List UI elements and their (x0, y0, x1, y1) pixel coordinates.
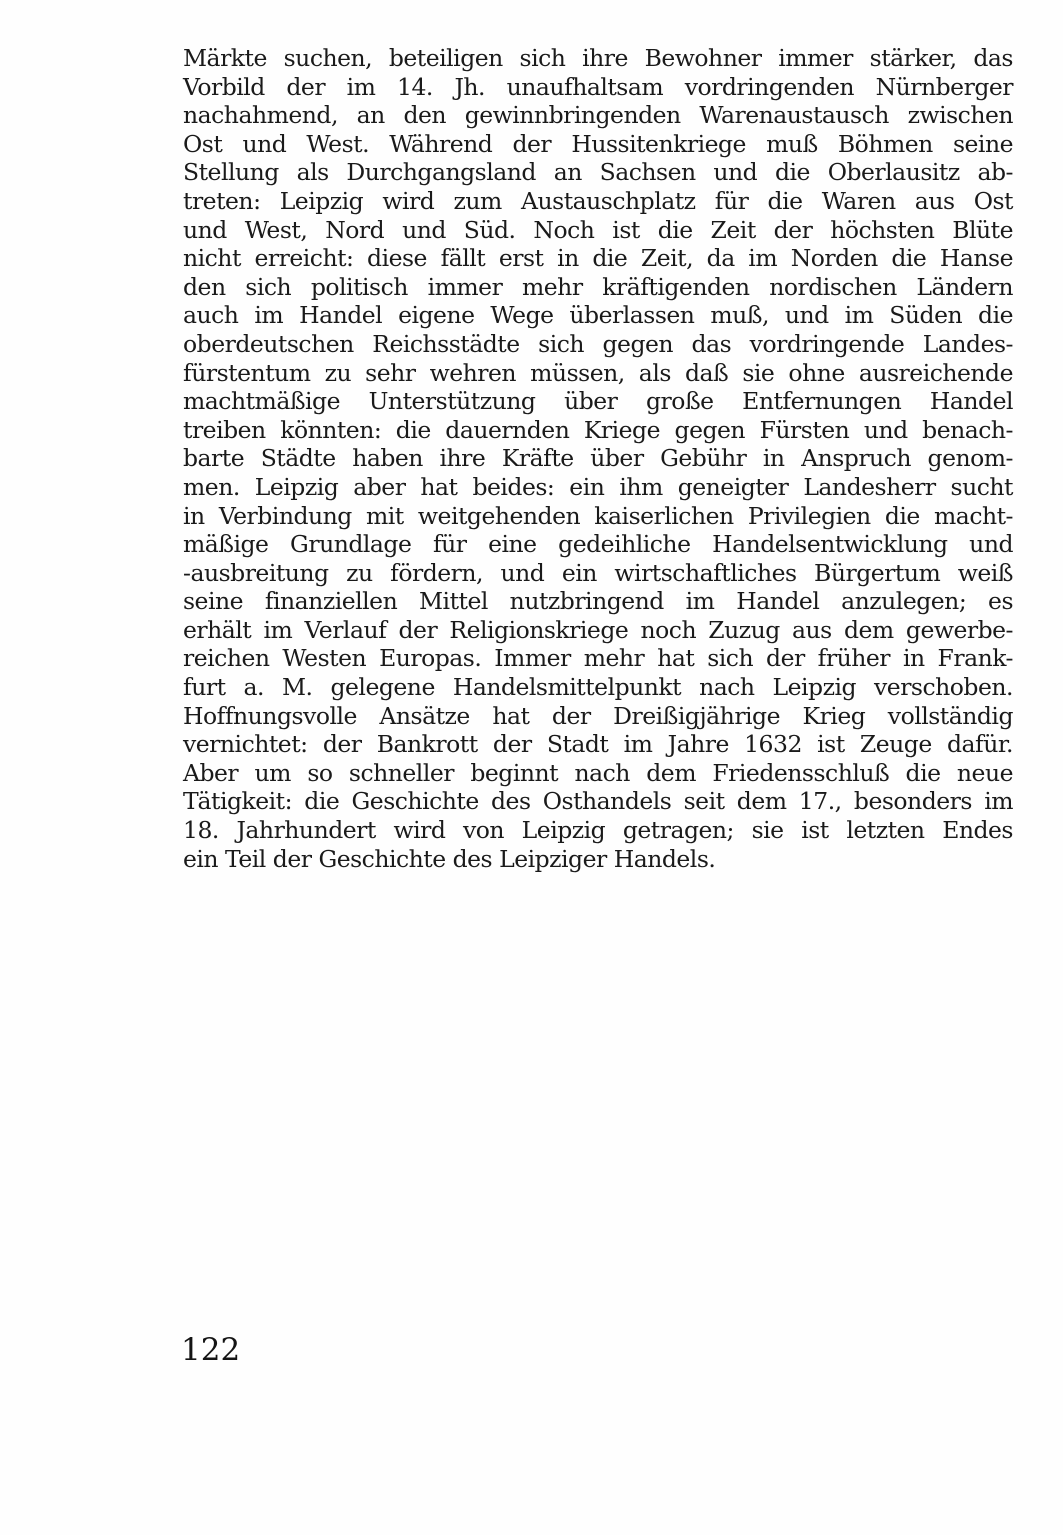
text-line: 18. Jahrhundert wird von Leipzig getrage… (183, 816, 1013, 845)
text-line: und West, Nord und Süd. Noch ist die Zei… (183, 216, 1013, 245)
text-line: reichen Westen Europas. Immer mehr hat s… (183, 644, 1013, 673)
text-line: treiben könnten: die dauernden Kriege ge… (183, 416, 1013, 445)
body-paragraph: Märkte suchen, beteiligen sich ihre Bewo… (183, 44, 1013, 873)
text-line: nachahmend, an den gewinnbringenden Ware… (183, 101, 1013, 130)
text-line: vernichtet: der Bankrott der Stadt im Ja… (183, 730, 1013, 759)
text-line: Vorbild der im 14. Jh. unaufhaltsam vord… (183, 73, 1013, 102)
text-line: den sich politisch immer mehr kräftigend… (183, 273, 1013, 302)
text-line: seine finanziellen Mittel nutzbringend i… (183, 587, 1013, 616)
text-line: Stellung als Durchgangsland an Sachsen u… (183, 158, 1013, 187)
text-line: fürstentum zu sehr wehren müssen, als da… (183, 359, 1013, 388)
text-line: erhält im Verlauf der Religionskriege no… (183, 616, 1013, 645)
text-line: oberdeutschen Reichsstädte sich gegen da… (183, 330, 1013, 359)
book-page: Märkte suchen, beteiligen sich ihre Bewo… (0, 0, 1063, 1535)
text-line: treten: Leipzig wird zum Austauschplatz … (183, 187, 1013, 216)
text-line: Tätigkeit: die Geschichte des Osthandels… (183, 787, 1013, 816)
text-line: -ausbreitung zu fördern, und ein wirtsch… (183, 559, 1013, 588)
text-line: auch im Handel eigene Wege überlassen mu… (183, 301, 1013, 330)
text-line: machtmäßige Unterstützung über große Ent… (183, 387, 1013, 416)
text-line: barte Städte haben ihre Kräfte über Gebü… (183, 444, 1013, 473)
text-line: in Verbindung mit weitgehenden kaiserlic… (183, 502, 1013, 531)
text-line: mäßige Grundlage für eine gedeihliche Ha… (183, 530, 1013, 559)
text-line: ein Teil der Geschichte des Leipziger Ha… (183, 845, 1013, 874)
text-line: Ost und West. Während der Hussitenkriege… (183, 130, 1013, 159)
text-line: furt a. M. gelegene Handelsmittelpunkt n… (183, 673, 1013, 702)
text-line: Aber um so schneller beginnt nach dem Fr… (183, 759, 1013, 788)
text-line: men. Leipzig aber hat beides: ein ihm ge… (183, 473, 1013, 502)
text-line: Märkte suchen, beteiligen sich ihre Bewo… (183, 44, 1013, 73)
text-line: Hoffnungsvolle Ansätze hat der Dreißigjä… (183, 702, 1013, 731)
text-line: nicht erreicht: diese fällt erst in die … (183, 244, 1013, 273)
page-number: 122 (181, 1330, 240, 1370)
